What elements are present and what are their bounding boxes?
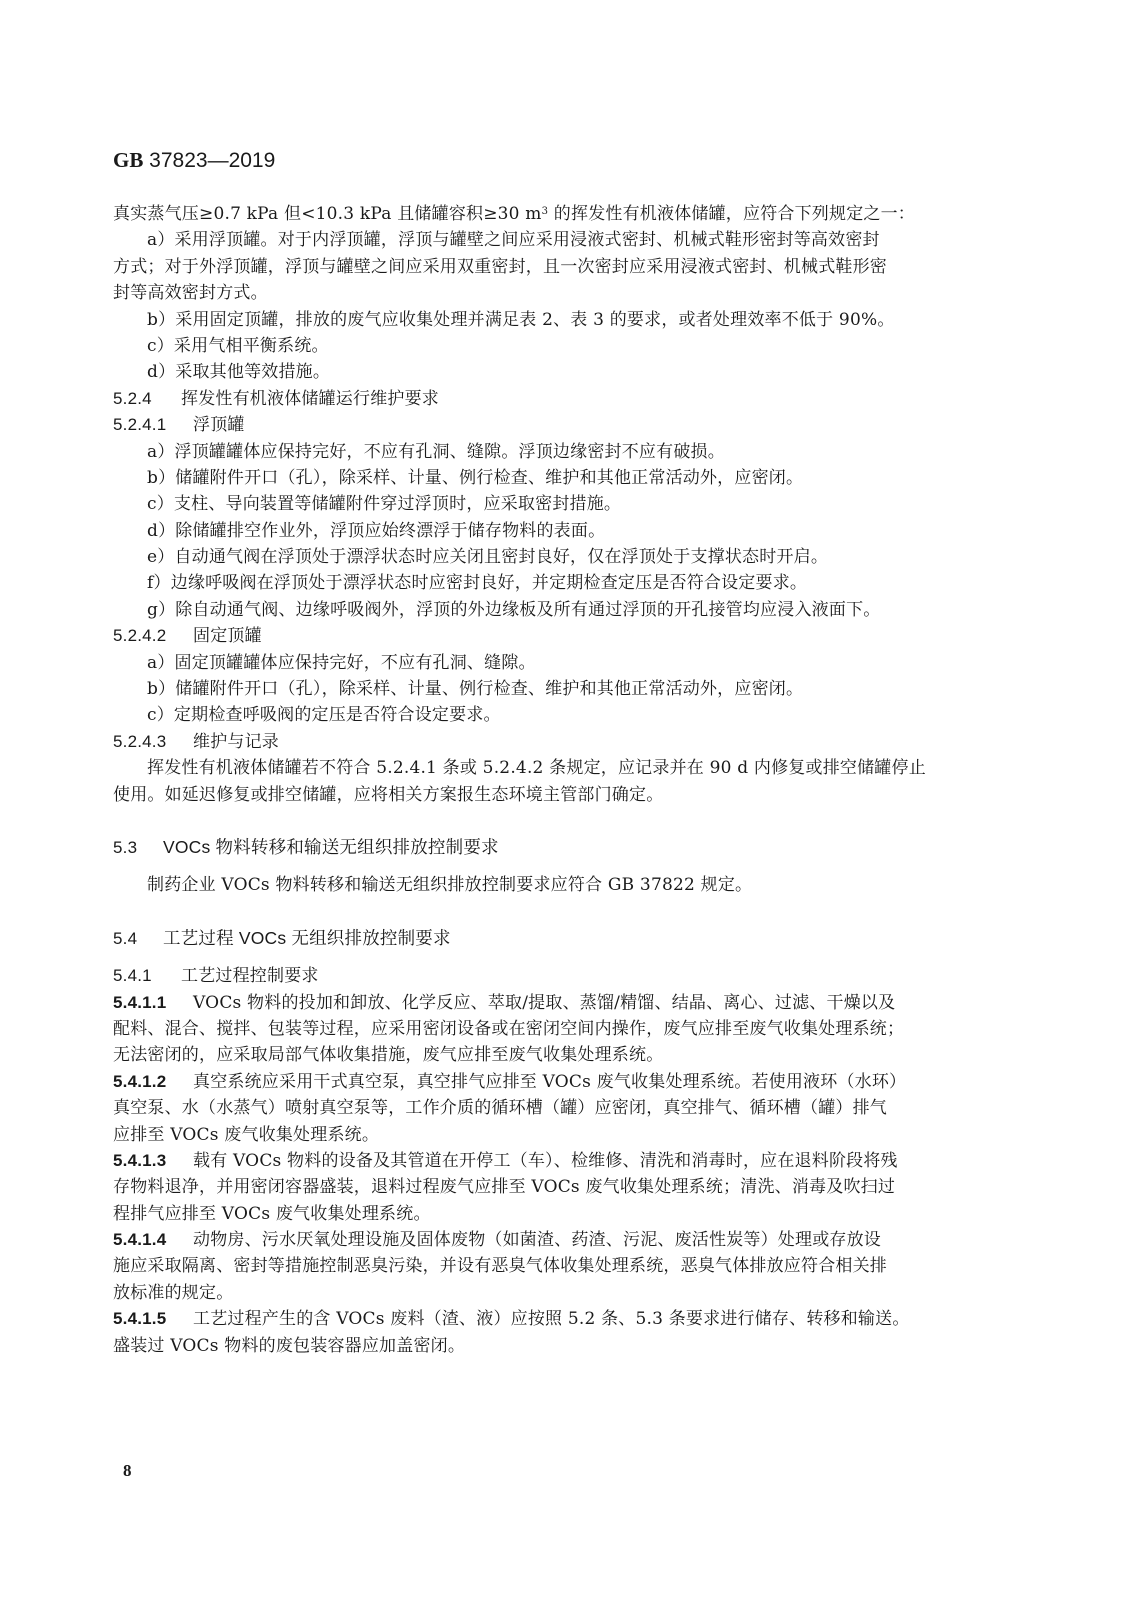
intro-text-b: 的挥发性有机液体储罐，应符合下列规定之一：: [548, 204, 915, 224]
section-5-3-body: 制药企业 VOCs 物料转移和输送无组织排放控制要求应符合 GB 37822 规…: [113, 872, 1008, 898]
paragraph-line: 使用。如延迟修复或排空储罐，应将相关方案报生态环境主管部门确定。: [113, 782, 1008, 808]
list-item: a）浮顶罐罐体应保持完好，不应有孔洞、缝隙。浮顶边缘密封不应有破损。: [113, 439, 1008, 465]
clause-number: 5.4.1.5: [113, 1306, 193, 1332]
clause-number: 5.4.1.2: [113, 1069, 193, 1095]
standard-number: 37823—2019: [143, 149, 275, 172]
list-item: a）固定顶罐罐体应保持完好，不应有孔洞、缝隙。: [113, 650, 1008, 676]
spacer: [113, 899, 1008, 913]
clause-5-4-1-3-line1: 5.4.1.3载有 VOCs 物料的设备及其管道在开停工（车）、检维修、清洗和消…: [113, 1148, 1008, 1174]
clause-title: 工艺过程控制要求: [181, 966, 319, 986]
list-item: b）储罐附件开口（孔），除采样、计量、例行检查、维护和其他正常活动外，应密闭。: [113, 465, 1008, 491]
section-heading-5-3: 5.3VOCs 物料转移和输送无组织排放控制要求: [113, 834, 1008, 860]
clause-number: 5.2.4.1: [113, 412, 193, 438]
clause-text: 真空系统应采用干式真空泵，真空排气应排至 VOCs 废气收集处理系统。若使用液环…: [193, 1072, 906, 1092]
clause-heading-5-2-4-1: 5.2.4.1浮顶罐: [113, 412, 1008, 438]
list-item: g）除自动通气阀、边缘呼吸阀外，浮顶的外边缘板及所有通过浮顶的开孔接管均应浸入液…: [113, 597, 1008, 623]
clause-heading-5-2-4-3: 5.2.4.3维护与记录: [113, 729, 1008, 755]
clause-text: 载有 VOCs 物料的设备及其管道在开停工（车）、检维修、清洗和消毒时，应在退料…: [193, 1151, 898, 1171]
paragraph-line: 挥发性有机液体储罐若不符合 5.2.4.1 条或 5.2.4.2 条规定，应记录…: [113, 755, 1008, 781]
list-item-a-line2: 方式；对于外浮顶罐，浮顶与罐壁之间应采用双重密封，且一次密封应采用浸液式密封、机…: [113, 254, 1008, 280]
section-number: 5.4: [113, 926, 163, 952]
superscript: 3: [542, 206, 549, 217]
clause-heading-5-2-4: 5.2.4挥发性有机液体储罐运行维护要求: [113, 386, 1008, 412]
list-item: c）支柱、导向装置等储罐附件穿过浮顶时，应采取密封措施。: [113, 491, 1008, 517]
clause-number: 5.4.1: [113, 963, 181, 989]
clause-heading-5-2-4-2: 5.2.4.2固定顶罐: [113, 623, 1008, 649]
clause-title: 维护与记录: [193, 732, 279, 752]
section-title: 工艺过程 VOCs 无组织排放控制要求: [163, 928, 451, 948]
clause-5-4-1-5-line1: 5.4.1.5工艺过程产生的含 VOCs 废料（渣、液）应按照 5.2 条、5.…: [113, 1306, 1008, 1332]
clause-title: 挥发性有机液体储罐运行维护要求: [181, 389, 439, 409]
list-item: e）自动通气阀在浮顶处于漂浮状态时应关闭且密封良好，仅在浮顶处于支撑状态时开启。: [113, 544, 1008, 570]
clause-number: 5.4.1.1: [113, 990, 193, 1016]
spacer: [113, 808, 1008, 822]
clause-text: VOCs 物料的投加和卸放、化学反应、萃取/提取、蒸馏/精馏、结晶、离心、过滤、…: [193, 993, 895, 1013]
list-item-b: b）采用固定顶罐，排放的废气应收集处理并满足表 2、表 3 的要求，或者处理效率…: [113, 307, 1008, 333]
section-number: 5.3: [113, 835, 163, 861]
section-heading-5-4: 5.4工艺过程 VOCs 无组织排放控制要求: [113, 925, 1008, 951]
paragraph-line: 盛装过 VOCs 物料的废包装容器应加盖密闭。: [113, 1333, 1008, 1359]
list-item-c: c）采用气相平衡系统。: [113, 333, 1008, 359]
document-page: GB 37823—2019 真实蒸气压≥0.7 kPa 但<10.3 kPa 且…: [0, 0, 1140, 1600]
clause-5-4-1-2-line1: 5.4.1.2真空系统应采用干式真空泵，真空排气应排至 VOCs 废气收集处理系…: [113, 1069, 1008, 1095]
paragraph-line: 存物料退净，并用密闭容器盛装，退料过程废气应排至 VOCs 废气收集处理系统；清…: [113, 1174, 1008, 1200]
paragraph-line: 放标准的规定。: [113, 1280, 1008, 1306]
document-body: 真实蒸气压≥0.7 kPa 但<10.3 kPa 且储罐容积≥30 m3 的挥发…: [113, 201, 1008, 1359]
paragraph-line: 无法密闭的，应采取局部气体收集措施，废气应排至废气收集处理系统。: [113, 1042, 1008, 1068]
list-item-d: d）采取其他等效措施。: [113, 359, 1008, 385]
list-item: b）储罐附件开口（孔），除采样、计量、例行检查、维护和其他正常活动外，应密闭。: [113, 676, 1008, 702]
page-number: 8: [123, 1461, 132, 1481]
clause-text: 工艺过程产生的含 VOCs 废料（渣、液）应按照 5.2 条、5.3 条要求进行…: [193, 1309, 910, 1329]
standard-code-header: GB 37823—2019: [113, 148, 275, 173]
standard-prefix: GB: [113, 148, 143, 172]
list-item: f）边缘呼吸阀在浮顶处于漂浮状态时应密封良好，并定期检查定压是否符合设定要求。: [113, 570, 1008, 596]
paragraph-line: 程排气应排至 VOCs 废气收集处理系统。: [113, 1201, 1008, 1227]
list-item-a-line3: 封等高效密封方式。: [113, 280, 1008, 306]
clause-number: 5.2.4: [113, 386, 181, 412]
section-title: VOCs 物料转移和输送无组织排放控制要求: [163, 837, 499, 857]
intro-text-a: 真实蒸气压≥0.7 kPa 但<10.3 kPa 且储罐容积≥30 m: [113, 204, 542, 224]
clause-title: 浮顶罐: [193, 415, 245, 435]
clause-text: 动物房、污水厌氧处理设施及固体废物（如菌渣、药渣、污泥、废活性炭等）处理或存放设: [193, 1230, 881, 1250]
list-item: c）定期检查呼吸阀的定压是否符合设定要求。: [113, 702, 1008, 728]
clause-5-4-1-1-line1: 5.4.1.1VOCs 物料的投加和卸放、化学反应、萃取/提取、蒸馏/精馏、结晶…: [113, 990, 1008, 1016]
paragraph-line: 应排至 VOCs 废气收集处理系统。: [113, 1122, 1008, 1148]
intro-paragraph: 真实蒸气压≥0.7 kPa 但<10.3 kPa 且储罐容积≥30 m3 的挥发…: [113, 201, 1008, 227]
paragraph-line: 配料、混合、搅拌、包装等过程，应采用密闭设备或在密闭空间内操作，废气应排至废气收…: [113, 1016, 1008, 1042]
clause-number: 5.2.4.2: [113, 623, 193, 649]
clause-number: 5.4.1.3: [113, 1148, 193, 1174]
paragraph-line: 施应采取隔离、密封等措施控制恶臭污染，并设有恶臭气体收集处理系统，恶臭气体排放应…: [113, 1253, 1008, 1279]
clause-number: 5.2.4.3: [113, 729, 193, 755]
clause-5-4-1-4-line1: 5.4.1.4动物房、污水厌氧处理设施及固体废物（如菌渣、药渣、污泥、废活性炭等…: [113, 1227, 1008, 1253]
clause-title: 固定顶罐: [193, 626, 262, 646]
list-item: d）除储罐排空作业外，浮顶应始终漂浮于储存物料的表面。: [113, 518, 1008, 544]
paragraph-line: 真空泵、水（水蒸气）喷射真空泵等，工作介质的循环槽（罐）应密闭，真空排气、循环槽…: [113, 1095, 1008, 1121]
list-item-a-line1: a）采用浮顶罐。对于内浮顶罐，浮顶与罐壁之间应采用浸液式密封、机械式鞋形密封等高…: [113, 227, 1008, 253]
clause-heading-5-4-1: 5.4.1工艺过程控制要求: [113, 963, 1008, 989]
clause-number: 5.4.1.4: [113, 1227, 193, 1253]
